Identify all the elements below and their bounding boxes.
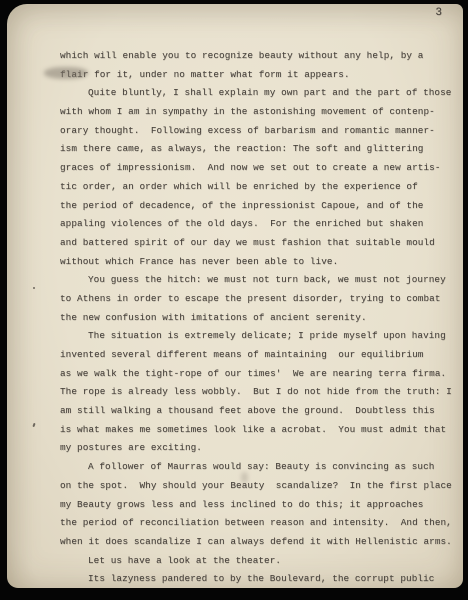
text-line: is what makes me sometimes look like a a… <box>60 421 439 440</box>
text-line: to Athens in order to escape the present… <box>60 290 439 309</box>
text-line: am still walking a thousand feet above t… <box>60 402 439 421</box>
text-line: Let us have a look at the theater. <box>60 552 439 571</box>
text-line: graces of impressionism. And now we set … <box>60 159 439 178</box>
text-line: without which France has never been able… <box>60 253 439 272</box>
text-line: the period of decadence, of the inpressi… <box>60 197 439 216</box>
text-line: which will enable you to recognize beaut… <box>60 47 439 66</box>
text-line: A follower of Maurras would say: Beauty … <box>60 458 439 477</box>
text-line: invented several different means of main… <box>60 346 439 365</box>
text-line: with whom I am in sympathy in the astoni… <box>60 103 439 122</box>
photo-background: 3 which will enable you to recognize bea… <box>0 0 468 600</box>
text-line: tic order, an order which will be enrich… <box>60 178 439 197</box>
page-number: 3 <box>435 7 442 19</box>
text-line: You guess the hitch: we must not turn ba… <box>60 271 439 290</box>
text-line: my Beauty grows less and less inclined t… <box>60 496 439 515</box>
text-line: my postures are exciting. <box>60 439 439 458</box>
text-line: Its lazyness pandered to by the Boulevar… <box>60 570 439 589</box>
text-line: the new confusion with imitations of anc… <box>60 309 439 328</box>
text-line: the period of reconciliation between rea… <box>60 514 439 533</box>
text-line: Quite bluntly, I shall explain my own pa… <box>60 84 439 103</box>
text-line: ism there came, as always, the reaction:… <box>60 140 439 159</box>
text-line: on the spot. Why should your Beauty scan… <box>60 477 439 496</box>
text-line: flair for it, under no matter what form … <box>60 66 439 85</box>
text-line: as we walk the tight-rope of our times' … <box>60 365 439 384</box>
text-line: appaling violences of the old days. For … <box>60 215 439 234</box>
text-line: and battered spirit of our day we must f… <box>60 234 439 253</box>
text-line: orary thought. Following excess of barba… <box>60 122 439 141</box>
text-line: when it does scandalize I can always def… <box>60 533 439 552</box>
document-page: 3 which will enable you to recognize bea… <box>7 4 463 588</box>
page-body: which will enable you to recognize beaut… <box>60 47 439 589</box>
text-line: The rope is already less wobbly. But I d… <box>60 383 439 402</box>
text-line: The situation is extremely delicate; I p… <box>60 327 439 346</box>
